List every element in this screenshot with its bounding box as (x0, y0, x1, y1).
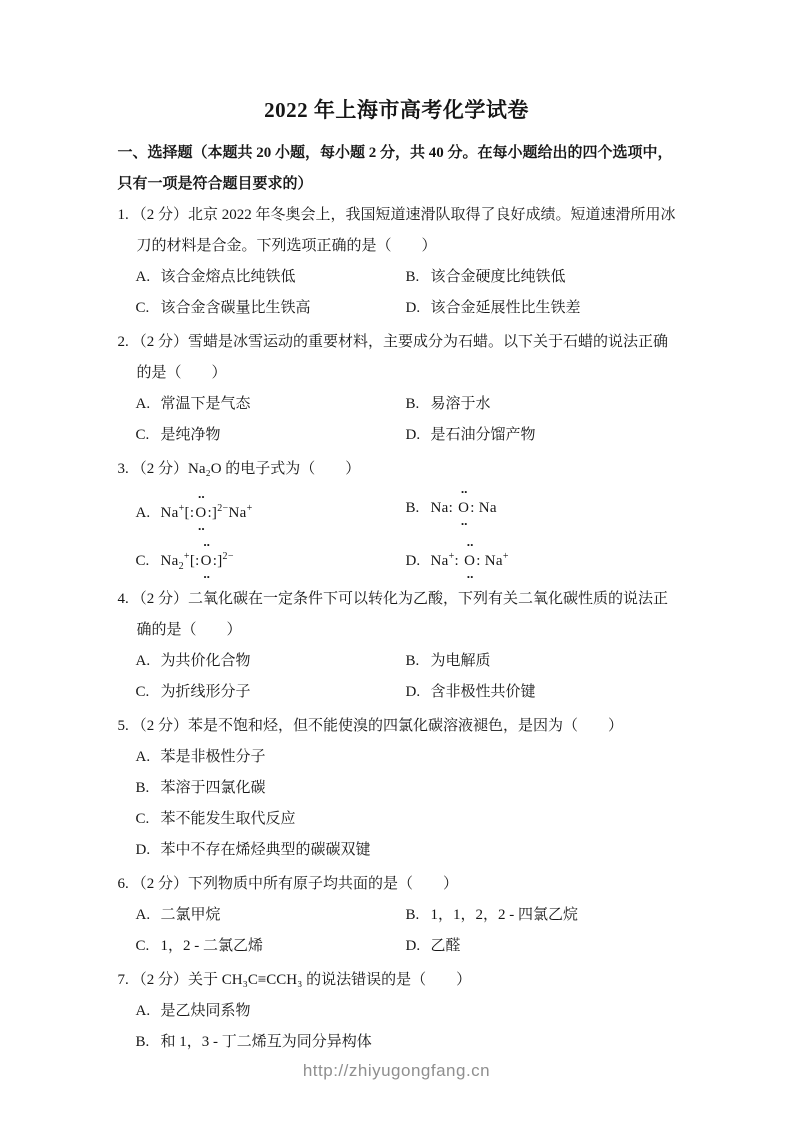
question-stem-text: （2 分）苯是不饱和烃，但不能使溴的四氯化碳溶液褪色，是因为（ ） (132, 718, 623, 734)
option-text: 是石油分馏产物 (431, 420, 536, 451)
option-2C: C.是纯净物 (136, 420, 406, 451)
option-text: 苯不能发生取代反应 (161, 804, 296, 835)
option-label: B. (136, 773, 161, 804)
option-text: 该合金硬度比纯铁低 (431, 262, 566, 293)
section-heading: 一、选择题（本题共 20 小题，每小题 2 分，共 40 分。在每小题给出的四个… (118, 138, 676, 200)
question-4: 4.（2 分）二氧化碳在一定条件下可以转化为乙酸，下列有关二氧化碳性质的说法正确… (118, 584, 676, 708)
question-stem-text: （2 分）二氧化碳在一定条件下可以转化为乙酸，下列有关二氧化碳性质的说法正确的是… (132, 591, 668, 638)
option-label: A. (136, 742, 161, 773)
option-label: C. (136, 931, 161, 962)
question-4-stem: 4.（2 分）二氧化碳在一定条件下可以转化为乙酸，下列有关二氧化碳性质的说法正确… (118, 584, 676, 646)
question-number: 6. (118, 876, 129, 892)
option-1B: B.该合金硬度比纯铁低 (406, 262, 566, 293)
option-text: 为折线形分子 (161, 677, 251, 708)
option-label: A. (136, 262, 161, 293)
option-text: 为共价化合物 (161, 646, 251, 677)
footer-url: http://zhiyugongfang.cn (0, 1061, 793, 1081)
option-row: C.1，2 - 二氯乙烯 D.乙醛 (136, 931, 676, 962)
option-4B: B.为电解质 (406, 646, 491, 677)
question-7-options: A.是乙炔同系物 B.和 1，3 - 丁二烯互为同分异构体 (118, 996, 676, 1058)
electron-formula: Na2+[:O:]2− (161, 541, 234, 582)
option-5C: C.苯不能发生取代反应 (136, 804, 676, 835)
option-label: C. (136, 677, 161, 708)
option-row: C.是纯净物 D.是石油分馏产物 (136, 420, 676, 451)
option-label: B. (406, 389, 431, 420)
option-3C: C.Na2+[:O:]2− (136, 541, 406, 581)
option-label: D. (406, 420, 431, 451)
option-text: 该合金熔点比纯铁低 (161, 262, 296, 293)
option-1D: D.该合金延展性比生铁差 (406, 293, 581, 324)
question-7: 7.（2 分）关于 CH₃C≡CCH₃ 的说法错误的是（ ） A.是乙炔同系物 … (118, 965, 676, 1058)
option-text: 常温下是气态 (161, 389, 251, 420)
option-text: 乙醛 (431, 931, 461, 962)
option-7A: A.是乙炔同系物 (136, 996, 676, 1027)
option-5A: A.苯是非极性分子 (136, 742, 676, 773)
option-4D: D.含非极性共价键 (406, 677, 536, 708)
question-stem-text: （2 分）关于 CH₃C≡CCH₃ 的说法错误的是（ ） (132, 972, 471, 988)
option-text: 是乙炔同系物 (161, 996, 251, 1027)
option-2B: B.易溶于水 (406, 389, 491, 420)
question-3-options: A.Na+[:O:]2−Na+ B.Na: O: Na C.Na2+[:O:]2… (118, 485, 676, 581)
option-row: A.Na+[:O:]2−Na+ B.Na: O: Na (136, 485, 676, 533)
option-text: 易溶于水 (431, 389, 491, 420)
option-label: C. (136, 293, 161, 324)
question-number: 7. (118, 972, 129, 988)
option-7B: B.和 1，3 - 丁二烯互为同分异构体 (136, 1027, 676, 1058)
option-text: 该合金含碳量比生铁高 (161, 293, 311, 324)
option-label: C. (136, 804, 161, 835)
option-row: C.为折线形分子 D.含非极性共价键 (136, 677, 676, 708)
question-6-stem: 6.（2 分）下列物质中所有原子均共面的是（ ） (118, 869, 676, 900)
option-text: 苯中不存在烯烃典型的碳碳双键 (161, 835, 371, 866)
option-1C: C.该合金含碳量比生铁高 (136, 293, 406, 324)
option-row: A.常温下是气态 B.易溶于水 (136, 389, 676, 420)
option-label: D. (406, 546, 431, 577)
question-6: 6.（2 分）下列物质中所有原子均共面的是（ ） A.二氯甲烷 B.1，1，2，… (118, 869, 676, 962)
option-text: 和 1，3 - 丁二烯互为同分异构体 (161, 1027, 372, 1058)
option-label: B. (136, 1027, 161, 1058)
electron-formula: Na: O: Na (431, 493, 497, 524)
question-7-stem: 7.（2 分）关于 CH₃C≡CCH₃ 的说法错误的是（ ） (118, 965, 676, 996)
option-row: C.Na2+[:O:]2− D.Na+: O: Na+ (136, 533, 676, 581)
option-text: 二氯甲烷 (161, 900, 221, 931)
option-1A: A.该合金熔点比纯铁低 (136, 262, 406, 293)
question-3-stem: 3.（2 分）Na₂O 的电子式为（ ） (118, 454, 676, 485)
option-label: C. (136, 420, 161, 451)
option-3A: A.Na+[:O:]2−Na+ (136, 493, 406, 533)
question-2-stem: 2.（2 分）雪蜡是冰雪运动的重要材料，主要成分为石蜡。以下关于石蜡的说法正确的… (118, 327, 676, 389)
option-4C: C.为折线形分子 (136, 677, 406, 708)
question-1-options: A.该合金熔点比纯铁低 B.该合金硬度比纯铁低 C.该合金含碳量比生铁高 D.该… (118, 262, 676, 324)
option-row: A.二氯甲烷 B.1，1，2，2 - 四氯乙烷 (136, 900, 676, 931)
question-5: 5.（2 分）苯是不饱和烃，但不能使溴的四氯化碳溶液褪色，是因为（ ） A.苯是… (118, 711, 676, 866)
question-stem-text: （2 分）雪蜡是冰雪运动的重要材料，主要成分为石蜡。以下关于石蜡的说法正确的是（… (132, 334, 668, 381)
option-text: 该合金延展性比生铁差 (431, 293, 581, 324)
question-2: 2.（2 分）雪蜡是冰雪运动的重要材料，主要成分为石蜡。以下关于石蜡的说法正确的… (118, 327, 676, 451)
option-label: A. (136, 498, 161, 529)
option-6A: A.二氯甲烷 (136, 900, 406, 931)
option-3B: B.Na: O: Na (406, 493, 497, 533)
question-5-stem: 5.（2 分）苯是不饱和烃，但不能使溴的四氯化碳溶液褪色，是因为（ ） (118, 711, 676, 742)
question-stem-text: （2 分）下列物质中所有原子均共面的是（ ） (132, 876, 458, 892)
question-6-options: A.二氯甲烷 B.1，1，2，2 - 四氯乙烷 C.1，2 - 二氯乙烯 D.乙… (118, 900, 676, 962)
question-5-options: A.苯是非极性分子 B.苯溶于四氯化碳 C.苯不能发生取代反应 D.苯中不存在烯… (118, 742, 676, 866)
electron-formula: Na+[:O:]2−Na+ (161, 493, 253, 529)
question-number: 1. (118, 207, 129, 223)
option-label: B. (406, 493, 431, 524)
option-label: D. (136, 835, 161, 866)
option-label: A. (136, 900, 161, 931)
question-number: 5. (118, 718, 129, 734)
option-label: A. (136, 646, 161, 677)
option-text: 1，1，2，2 - 四氯乙烷 (431, 900, 579, 931)
option-5B: B.苯溶于四氯化碳 (136, 773, 676, 804)
question-4-options: A.为共价化合物 B.为电解质 C.为折线形分子 D.含非极性共价键 (118, 646, 676, 708)
page-title: 2022 年上海市高考化学试卷 (0, 0, 793, 124)
option-6D: D.乙醛 (406, 931, 461, 962)
question-1: 1.（2 分）北京 2022 年冬奥会上，我国短道速滑队取得了良好成绩。短道速滑… (118, 200, 676, 324)
question-stem-text: （2 分）北京 2022 年冬奥会上，我国短道速滑队取得了良好成绩。短道速滑所用… (132, 207, 676, 254)
option-row: A.该合金熔点比纯铁低 B.该合金硬度比纯铁低 (136, 262, 676, 293)
option-label: A. (136, 996, 161, 1027)
option-label: C. (136, 546, 161, 577)
option-2D: D.是石油分馏产物 (406, 420, 536, 451)
option-6C: C.1，2 - 二氯乙烯 (136, 931, 406, 962)
option-2A: A.常温下是气态 (136, 389, 406, 420)
option-6B: B.1，1，2，2 - 四氯乙烷 (406, 900, 579, 931)
exam-content: 一、选择题（本题共 20 小题，每小题 2 分，共 40 分。在每小题给出的四个… (118, 138, 676, 1058)
question-3: 3.（2 分）Na₂O 的电子式为（ ） A.Na+[:O:]2−Na+ B.N… (118, 454, 676, 581)
option-3D: D.Na+: O: Na+ (406, 541, 509, 581)
option-5D: D.苯中不存在烯烃典型的碳碳双键 (136, 835, 676, 866)
option-text: 苯是非极性分子 (161, 742, 266, 773)
option-label: B. (406, 900, 431, 931)
option-text: 是纯净物 (161, 420, 221, 451)
question-1-stem: 1.（2 分）北京 2022 年冬奥会上，我国短道速滑队取得了良好成绩。短道速滑… (118, 200, 676, 262)
option-4A: A.为共价化合物 (136, 646, 406, 677)
option-row: C.该合金含碳量比生铁高 D.该合金延展性比生铁差 (136, 293, 676, 324)
question-number: 2. (118, 334, 129, 350)
question-stem-text: （2 分）Na₂O 的电子式为（ ） (132, 461, 361, 477)
option-label: D. (406, 677, 431, 708)
question-number: 4. (118, 591, 129, 607)
option-text: 为电解质 (431, 646, 491, 677)
exam-page: 2022 年上海市高考化学试卷 一、选择题（本题共 20 小题，每小题 2 分，… (0, 0, 793, 1122)
option-label: B. (406, 262, 431, 293)
question-2-options: A.常温下是气态 B.易溶于水 C.是纯净物 D.是石油分馏产物 (118, 389, 676, 451)
question-number: 3. (118, 461, 129, 477)
option-text: 1，2 - 二氯乙烯 (161, 931, 264, 962)
option-label: D. (406, 293, 431, 324)
option-label: A. (136, 389, 161, 420)
option-text: 苯溶于四氯化碳 (161, 773, 266, 804)
electron-formula: Na+: O: Na+ (431, 541, 509, 577)
option-label: B. (406, 646, 431, 677)
option-text: 含非极性共价键 (431, 677, 536, 708)
option-row: A.为共价化合物 B.为电解质 (136, 646, 676, 677)
option-label: D. (406, 931, 431, 962)
